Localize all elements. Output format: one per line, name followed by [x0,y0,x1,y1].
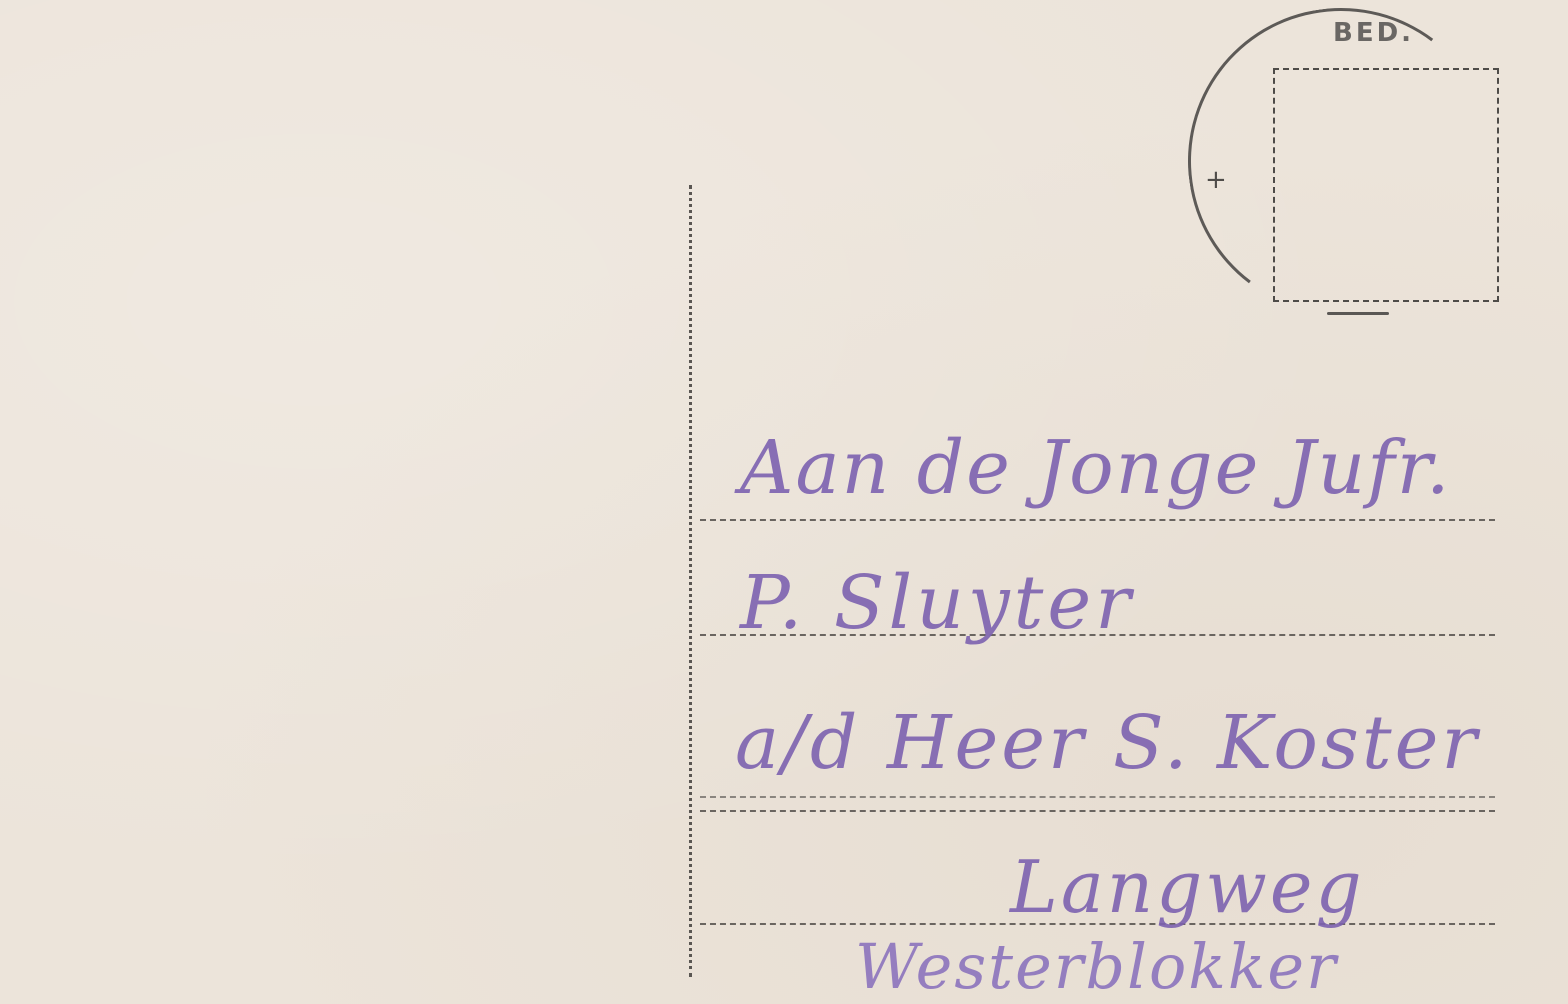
stamp-underline-mark [1327,312,1389,315]
address-line-3-light [700,796,1495,798]
postcard-back: BED. + stamp box (empty, dashed outline)… [0,0,1568,1004]
postmark-cross-mark: + [1205,165,1227,195]
handwritten-street-line: Langweg [1010,845,1365,929]
address-line-3 [700,810,1495,812]
handwritten-care-of-line: a/d Heer S. Koster [735,700,1480,786]
address-line-1 [700,519,1495,521]
handwritten-name-line: P. Sluyter [740,560,1135,646]
stamp-box: stamp box (empty, dashed outline) [1273,68,1499,302]
vertical-divider [689,185,692,977]
handwritten-town-line: Westerblokker [855,930,1338,1003]
postmark-text: BED. [1333,18,1414,48]
handwritten-recipient-line: Aan de Jonge Jufr. [740,425,1451,511]
